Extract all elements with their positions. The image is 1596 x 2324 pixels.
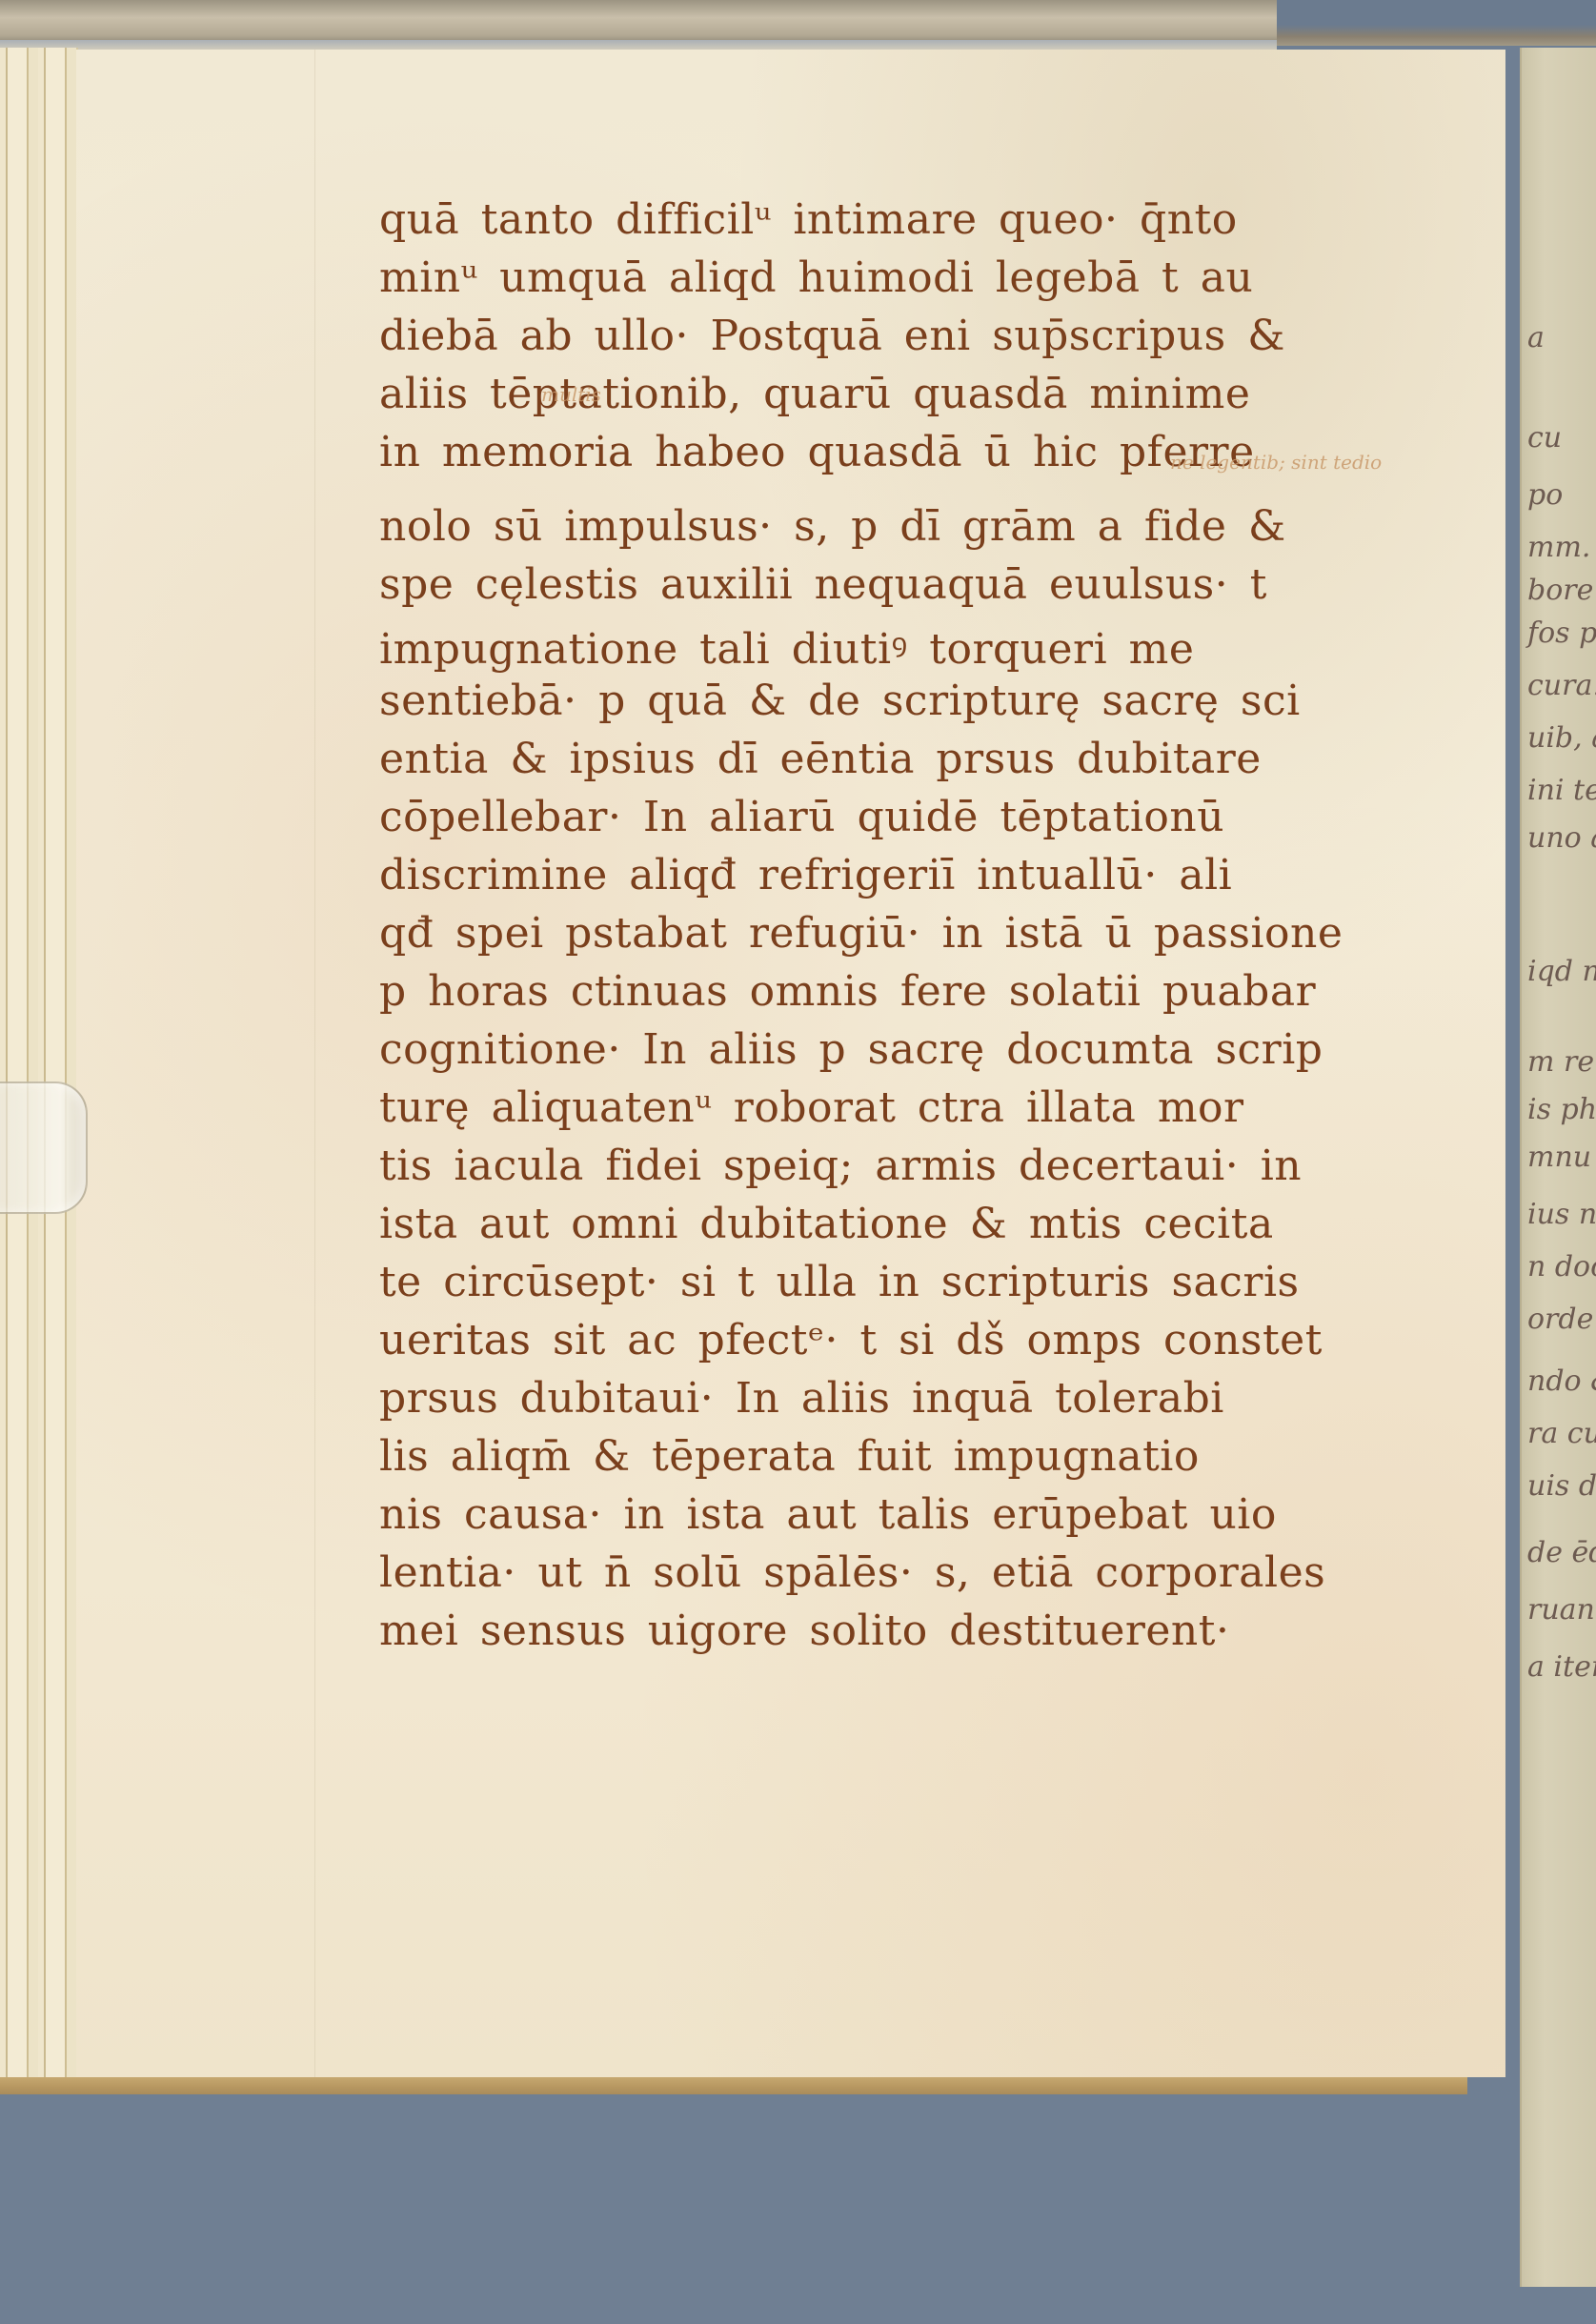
text-line: cōpellebar· In aliarū quidē tēptationū [379,793,1224,841]
text-line: spe cęlestis auxilii nequaquā euulsus· t [379,560,1267,609]
text-line: tis iacula fidei speiq; armis decertaui·… [379,1142,1302,1190]
top-page-edge [0,40,1277,50]
top-binding-edge-right [1277,0,1596,46]
text-line: discrimine aliqđ refrigeriī intuallū· al… [379,851,1232,899]
facing-fragment: ini te [1527,777,1596,805]
text-line: in memoria habeo quasdā ū hic pferre [379,428,1255,476]
text-line: sentiebā· p quā & de scripturę sacrę sci [379,677,1301,725]
facing-fragment: mnu c [1527,1143,1596,1172]
text-line: impugnatione tali diutiꝰ torqueri me [379,618,1194,676]
facing-fragment: uib, a [1527,724,1596,753]
text-line: diebā ab ullo· Postquā eni sup̄scripus & [379,312,1285,360]
interlinear-gloss: ne legentib; sint tedio [1170,451,1382,474]
ruling-line [314,50,315,2077]
page-clip [0,1081,88,1214]
facing-fragment: ruantia [1527,1596,1596,1625]
text-line: entia & ipsius dī eēntia prsus dubitare [379,735,1262,783]
facing-fragment: fos p [1527,619,1596,648]
facing-fragment: ra cue [1527,1420,1596,1448]
text-line: p horas ctinuas omnis fere solatii puaba… [379,967,1316,1016]
text-line: aliis tēptationib, quarū quasdā minime [379,370,1250,418]
facing-fragment: uno a [1527,824,1596,853]
facing-fragment: cura. [1527,672,1596,700]
facing-fragment: m re [1527,1048,1594,1077]
facing-fragment: ndo & [1527,1367,1596,1396]
facing-fragment: ius nec [1527,1201,1596,1229]
text-line: nis causa· in ista aut talis erūpebat ui… [379,1490,1277,1539]
text-line: lentia· ut n̄ solū spālēs· s, etiā corpo… [379,1548,1325,1597]
text-line: ueritas sit ac pfectᵉ· t si dš omps cons… [379,1316,1323,1364]
facing-fragment: iqd n [1527,958,1596,986]
text-line: lis aliqm̄ & tēperata fuit impugnatio [379,1432,1200,1481]
facing-page-edge: a cu po mm. bore fos p cura. uib, a ini … [1520,48,1596,2287]
interlinear-gloss: multis [541,383,601,406]
text-line: ista aut omni dubitatione & mtis cecita [379,1200,1274,1248]
facing-fragment: mm. [1527,534,1590,562]
facing-fragment: cu [1527,424,1562,453]
facing-fragment: de ēdit [1527,1539,1596,1567]
bottom-page-edge [0,2077,1467,2094]
facing-fragment: is ph [1527,1096,1596,1124]
text-line: qđ spei pstabat refugiū· in istā ū passi… [379,909,1343,958]
stacked-leaves-left [0,48,78,2077]
top-binding-edge [0,0,1277,44]
facing-fragment: bore [1527,576,1593,605]
facing-fragment: a [1527,324,1545,353]
facing-fragment: uis diui [1527,1472,1596,1501]
facing-fragment: orde m [1527,1305,1596,1334]
text-line: cognitione· In aliis p sacrę documta scr… [379,1025,1323,1074]
text-line: turę aliquatenᵘ roborat ctra illata mor [379,1083,1244,1132]
text-line: quā tanto difficilᵘ intimare queo· q̄nto [379,195,1238,244]
text-line: minᵘ umquā aliqd huimodi legebā t au [379,253,1253,302]
facing-fragment: a iterū q [1527,1653,1596,1682]
facing-fragment: po [1527,481,1563,510]
text-line: mei sensus uigore solito destituerent· [379,1607,1229,1655]
facing-fragment: n docu [1527,1253,1596,1282]
text-line: te circūsept· si t ulla in scripturis sa… [379,1258,1300,1306]
text-line: nolo sū impulsus· s, p dī grām a fide & [379,502,1286,551]
text-line: prsus dubitaui· In aliis inquā tolerabi [379,1374,1224,1423]
